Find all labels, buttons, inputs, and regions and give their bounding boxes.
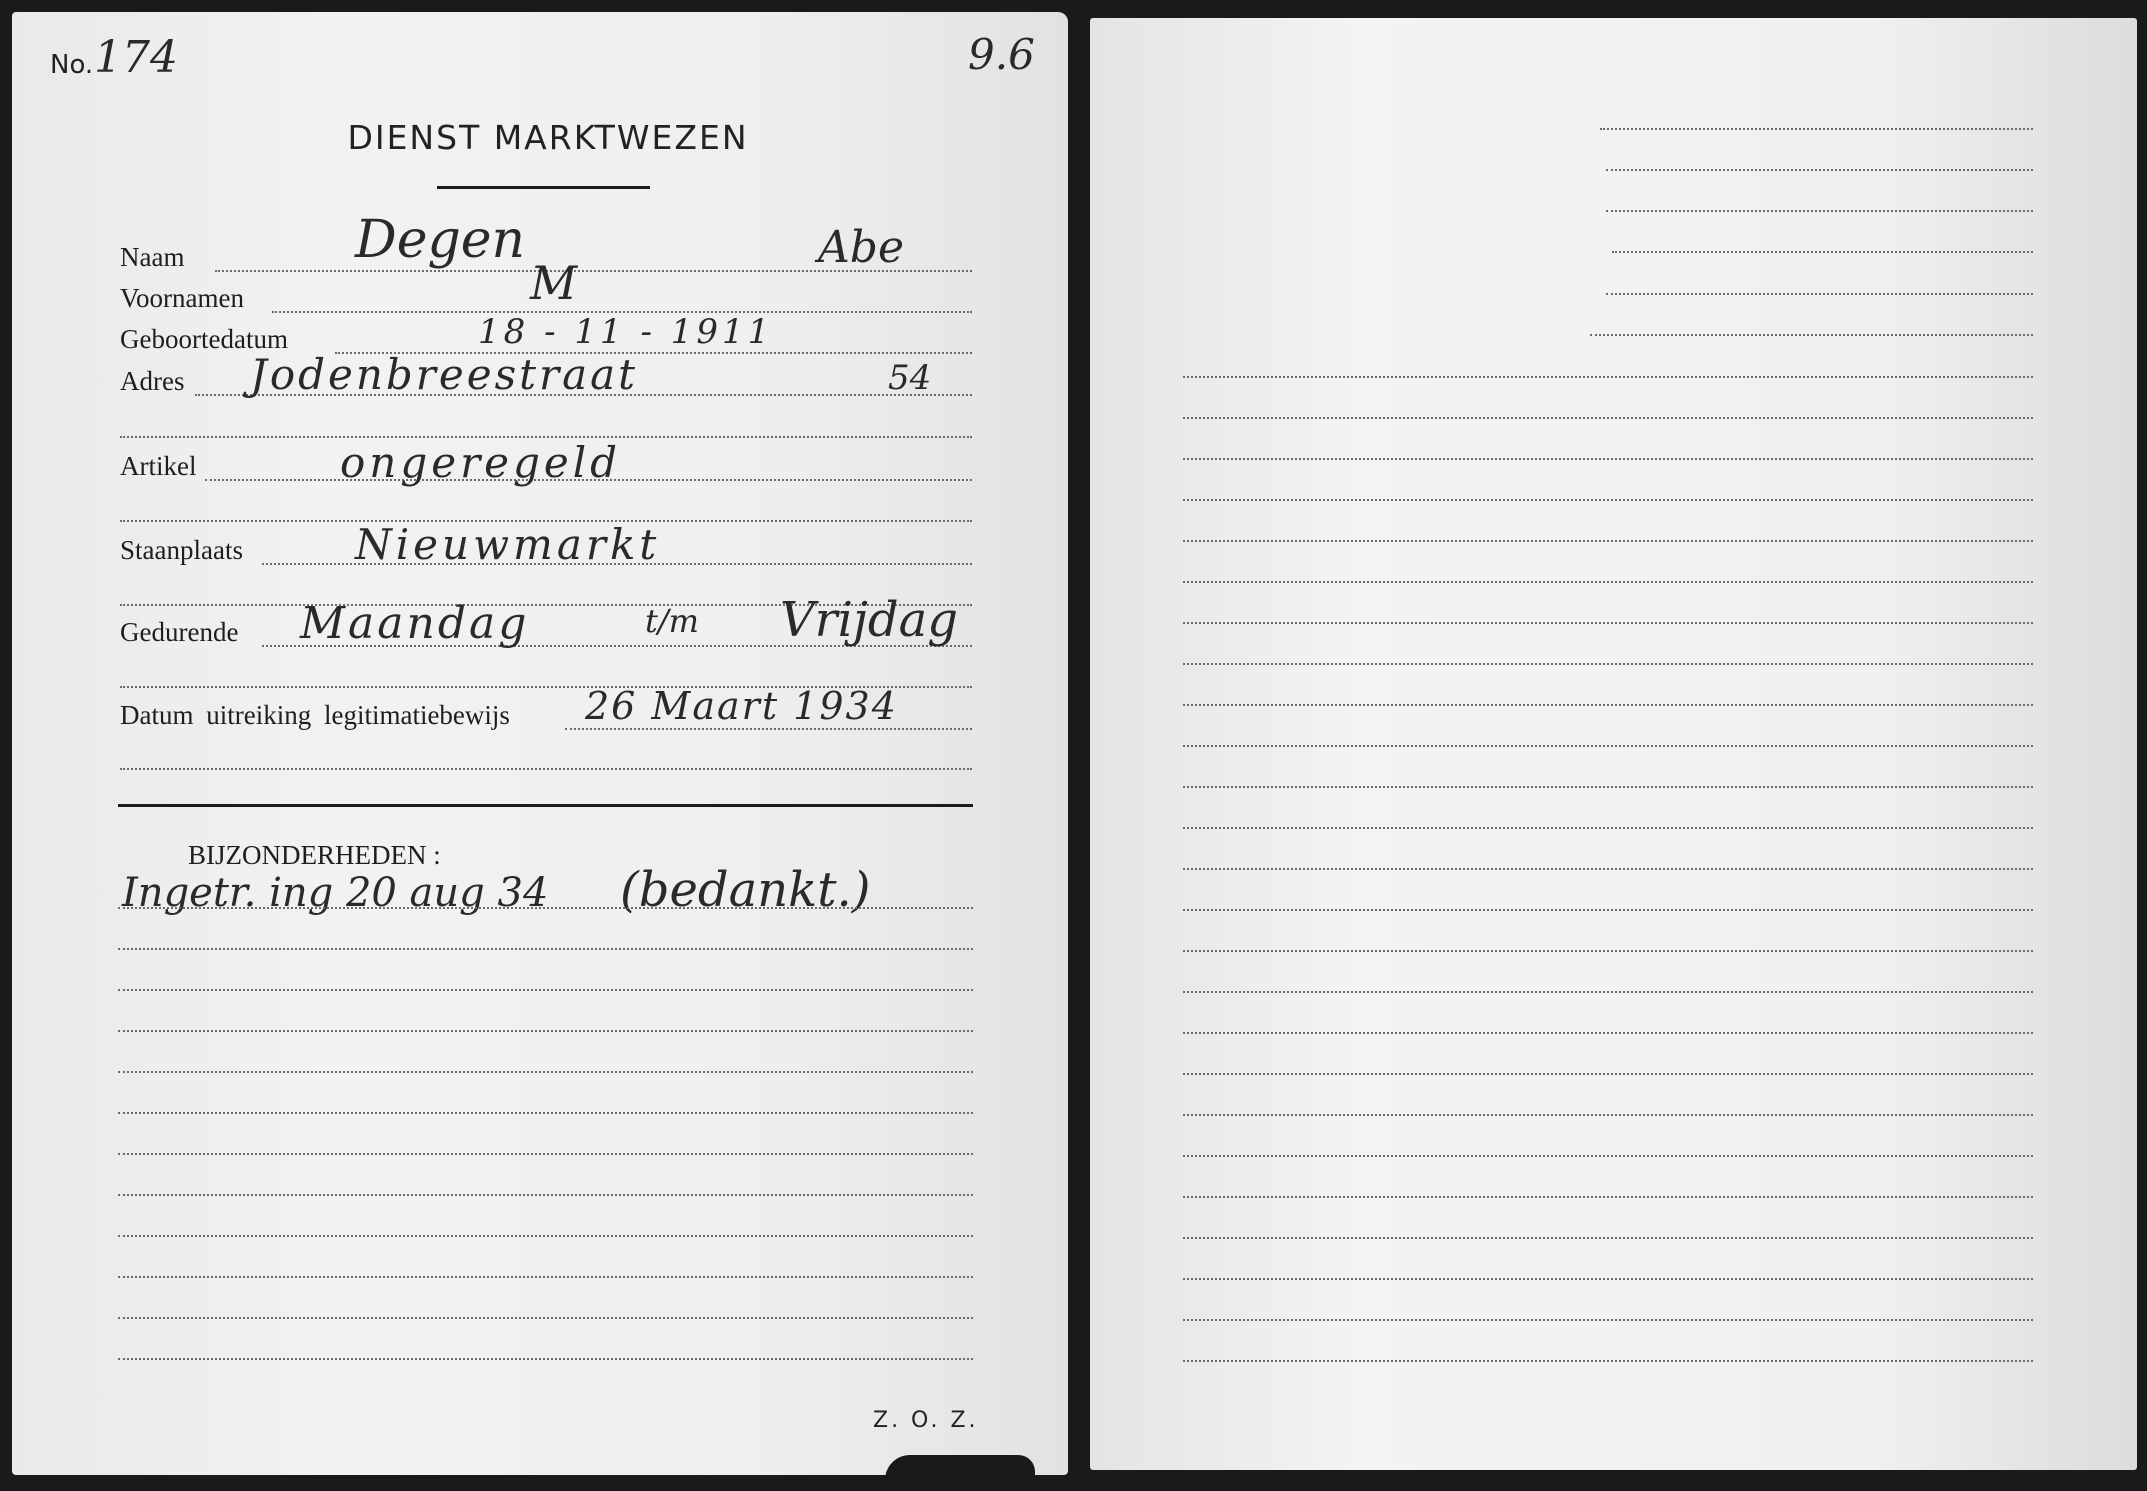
remarks-line <box>118 1112 973 1114</box>
field-value-adres: Jodenbreestraat <box>250 350 638 399</box>
remarks-line <box>118 1276 973 1278</box>
field-value-adres-number: 54 <box>888 358 931 398</box>
back-line <box>1183 909 2033 911</box>
field-label-gedurende: Gedurende <box>120 617 238 648</box>
field-value-staanplaats: Nieuwmarkt <box>355 520 660 569</box>
remarks-line <box>118 1030 973 1032</box>
field-label-datum-uitreiking: Datum uitreiking legitimatiebewijs <box>120 700 510 731</box>
back-short-line <box>1612 251 2033 253</box>
remarks-line <box>118 1194 973 1196</box>
title-underline <box>437 186 650 189</box>
card-back <box>1090 18 2137 1470</box>
back-short-line <box>1606 169 2033 171</box>
back-line <box>1183 1155 2033 1157</box>
back-line <box>1183 745 2033 747</box>
field-label-voornamen: Voornamen <box>120 283 244 314</box>
field-value-naam-extra: Abe <box>818 222 904 273</box>
card-number-prefix: No. <box>50 50 93 80</box>
remarks-line <box>118 907 973 909</box>
back-line <box>1183 1278 2033 1280</box>
remarks-line <box>118 1235 973 1237</box>
field-label-staanplaats: Staanplaats <box>120 535 243 566</box>
back-line <box>1183 540 2033 542</box>
field-line-datum-uitreiking <box>565 728 972 730</box>
back-line <box>1183 1073 2033 1075</box>
back-line <box>1183 1319 2033 1321</box>
back-line <box>1183 827 2033 829</box>
page-title: DIENST MARKTWEZEN <box>268 118 828 157</box>
back-line <box>1183 786 2033 788</box>
back-short-line <box>1606 210 2033 212</box>
back-line <box>1183 499 2033 501</box>
remarks-line <box>118 1153 973 1155</box>
remarks-text: Ingetr. ing 20 aug 34 <box>122 870 548 916</box>
back-short-line <box>1606 293 2033 295</box>
field-value-datum-uitreiking: 26 Maart 1934 <box>585 684 898 728</box>
remarks-line <box>118 1317 973 1319</box>
remarks-line <box>118 948 973 950</box>
back-line <box>1183 1237 2033 1239</box>
back-line <box>1183 1360 2033 1362</box>
field-value-voornamen: M <box>530 256 577 310</box>
back-line <box>1183 417 2033 419</box>
back-short-line <box>1590 334 2033 336</box>
back-line <box>1183 581 2033 583</box>
back-line <box>1183 1114 2033 1116</box>
corner-note: 9.6 <box>968 30 1035 79</box>
footer-zoz: Z. O. Z. <box>873 1408 979 1433</box>
back-line <box>1183 622 2033 624</box>
card-front <box>12 12 1068 1475</box>
field-label-naam: Naam <box>120 242 184 273</box>
page-tear <box>885 1455 1035 1480</box>
back-line <box>1183 663 2033 665</box>
remarks-line <box>118 989 973 991</box>
section-divider <box>118 804 973 807</box>
field-value-gedurende-from: Maandag <box>300 598 529 649</box>
field-value-artikel: ongeregeld <box>340 438 621 487</box>
back-line <box>1183 704 2033 706</box>
back-line <box>1183 1032 2033 1034</box>
field-value-geboortedatum: 18 - 11 - 1911 <box>478 312 773 352</box>
remarks-line <box>118 1071 973 1073</box>
field-value-gedurende-mid: t/m <box>645 602 699 640</box>
remarks-line <box>118 1358 973 1360</box>
back-line <box>1183 1196 2033 1198</box>
back-line <box>1183 950 2033 952</box>
back-short-line <box>1600 128 2033 130</box>
back-line <box>1183 868 2033 870</box>
card-number: 174 <box>94 32 178 83</box>
field-label-adres: Adres <box>120 366 184 397</box>
back-line <box>1183 376 2033 378</box>
remarks-note: (bedankt.) <box>620 862 870 918</box>
back-line <box>1183 458 2033 460</box>
remarks-heading: BIJZONDERHEDEN : <box>188 840 441 871</box>
field-line-datum-uitreiking-2 <box>120 768 972 770</box>
field-label-artikel: Artikel <box>120 451 196 482</box>
field-value-gedurende-to: Vrijdag <box>780 592 958 648</box>
back-line <box>1183 991 2033 993</box>
field-value-naam: Degen <box>355 210 525 270</box>
